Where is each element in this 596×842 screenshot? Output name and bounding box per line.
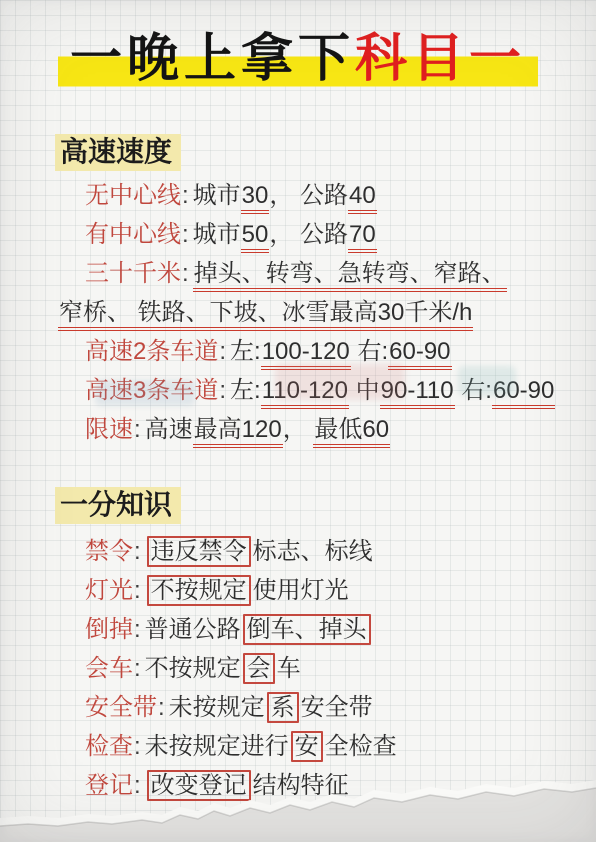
colon-separator: : (133, 577, 145, 604)
term-label: 高速3条车道 (85, 377, 218, 404)
underlined-value: 最高120 (193, 415, 283, 448)
text-segment: 未按规定进行 (145, 733, 289, 760)
boxed-keyword: 违反禁令 (147, 536, 251, 567)
underlined-value: 50 (241, 220, 270, 253)
colon-separator: : (133, 416, 145, 443)
underlined-value: 最低60 (313, 415, 390, 448)
term-label: 三十千米 (85, 260, 181, 287)
boxed-keyword: 安 (291, 731, 323, 762)
text-segment: 标志、标线 (253, 538, 373, 565)
text-segment: 右: (351, 338, 388, 365)
text-segment: 不按规定 (145, 655, 241, 682)
text-segment: 全检查 (325, 733, 397, 760)
title-text-red: 科目一 (355, 30, 526, 88)
underlined-value: 100-120 (261, 337, 351, 370)
note-line: 安全带:未按规定系安全带 (85, 692, 596, 724)
colon-separator: : (133, 616, 145, 643)
page-title: 一晚上拿下科目一 (0, 28, 596, 90)
boxed-keyword: 不按规定 (147, 575, 251, 606)
term-label: 有中心线 (85, 221, 181, 248)
underlined-value: 110-120 (261, 376, 349, 409)
colon-separator: : (181, 221, 193, 248)
text-segment: ， 公路 (269, 182, 348, 209)
term-label: 限速 (85, 416, 133, 443)
underlined-value: 60-90 (492, 376, 555, 409)
text-segment: 右: (455, 377, 492, 404)
note-line: 限速:高速最高120， 最低60 (85, 414, 596, 446)
title-text-black: 一晚上拿下 (70, 30, 355, 88)
text-segment: 中 (349, 377, 380, 404)
boxed-keyword: 系 (267, 692, 299, 723)
note-line: 登记:改变登记结构特征 (85, 770, 596, 802)
text-segment: 高速 (145, 416, 193, 443)
term-label: 高速2条车道 (85, 338, 218, 365)
colon-separator: : (181, 182, 193, 209)
colon-separator: : (133, 733, 145, 760)
text-segment: 安全带 (301, 694, 373, 721)
colon-separator: : (218, 377, 230, 404)
text-segment: ， 公路 (269, 221, 348, 248)
colon-separator: : (181, 260, 193, 287)
text-segment: 车 (277, 655, 301, 682)
boxed-keyword: 会 (243, 653, 275, 684)
text-segment: 未按规定 (169, 694, 265, 721)
term-label: 倒掉 (85, 616, 133, 643)
title-highlight-band: 一晚上拿下科目一 (58, 28, 538, 90)
boxed-keyword: 改变登记 (147, 770, 251, 801)
note-line: 有中心线:城市50， 公路70 (85, 219, 596, 251)
text-segment: 普通公路 (145, 616, 241, 643)
text-segment: ， (283, 416, 314, 443)
colon-separator: : (157, 694, 169, 721)
colon-separator: : (133, 655, 145, 682)
boxed-keyword: 倒车、掉头 (243, 614, 371, 645)
section-highway-speeds: 高速速度 无中心线:城市30， 公路40有中心线:城市50， 公路70三十千米:… (0, 134, 596, 453)
text-segment: 使用灯光 (253, 577, 349, 604)
note-line: 无中心线:城市30， 公路40 (85, 180, 596, 212)
colon-separator: : (218, 338, 230, 365)
term-label: 安全带 (85, 694, 157, 721)
underlined-value: 40 (348, 181, 377, 214)
note-line: 灯光:不按规定使用灯光 (85, 575, 596, 607)
term-label: 登记 (85, 772, 133, 799)
colon-separator: : (133, 772, 145, 799)
text-segment: 左: (230, 377, 261, 404)
term-label: 灯光 (85, 577, 133, 604)
note-line: 会车:不按规定会车 (85, 653, 596, 685)
note-line: 窄桥、 铁路、下坡、冰雪最高30千米/h (58, 297, 596, 329)
note-line: 禁令:违反禁令标志、标线 (85, 536, 596, 568)
underlined-value: 30 (241, 181, 270, 214)
note-line: 倒掉:普通公路倒车、掉头 (85, 614, 596, 646)
section-heading: 一分知识 (55, 487, 181, 524)
note-line: 检查:未按规定进行安全检查 (85, 731, 596, 763)
section-one-point-knowledge: 一分知识 禁令:违反禁令标志、标线灯光:不按规定使用灯光倒掉:普通公路倒车、掉头… (0, 487, 596, 809)
underlined-value: 70 (348, 220, 377, 253)
note-line: 高速2条车道:左:100-120 右:60-90 (85, 336, 596, 368)
term-label: 会车 (85, 655, 133, 682)
underlined-value: 60-90 (388, 337, 451, 370)
note-line: 高速3条车道:左:110-120 中90-110 右:60-90 (85, 375, 596, 407)
underlined-value: 窄桥、 铁路、下坡、冰雪最高30千米/h (58, 298, 473, 331)
text-segment: 结构特征 (253, 772, 349, 799)
text-segment: 城市 (193, 221, 241, 248)
note-line: 三十千米:掉头、转弯、急转弯、窄路、 (85, 258, 596, 290)
underlined-value: 掉头、转弯、急转弯、窄路、 (193, 259, 507, 292)
term-label: 无中心线 (85, 182, 181, 209)
colon-separator: : (133, 538, 145, 565)
term-label: 检查 (85, 733, 133, 760)
text-segment: 城市 (193, 182, 241, 209)
section-lines: 禁令:违反禁令标志、标线灯光:不按规定使用灯光倒掉:普通公路倒车、掉头会车:不按… (0, 536, 596, 802)
term-label: 禁令 (85, 538, 133, 565)
section-heading: 高速速度 (55, 134, 181, 171)
section-lines: 无中心线:城市30， 公路40有中心线:城市50， 公路70三十千米:掉头、转弯… (0, 180, 596, 446)
text-segment: 左: (230, 338, 261, 365)
underlined-value: 90-110 (380, 376, 455, 409)
